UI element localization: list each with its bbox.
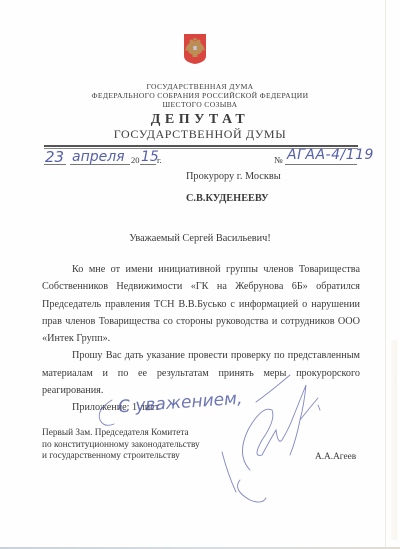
scan-shadow: [391, 340, 397, 540]
addressee-name: С.В.КУДЕНЕЕВУ: [186, 193, 269, 204]
letter-page: ГОСУДАРСТВЕННАЯ ДУМА ФЕДЕРАЛЬНОГО СОБРАН…: [0, 0, 400, 549]
signer-title-line2: по конституционному законодательству: [42, 440, 200, 452]
salutation: Уважаемый Сергей Васильевич!: [0, 233, 400, 244]
signer-title: Первый Зам. Председателя Комитета по кон…: [42, 428, 200, 463]
number-label: №: [274, 155, 283, 165]
body-paragraph-request: Ко мне от имени инициативной группы член…: [42, 261, 360, 347]
signer-title-line3: и государственному строительству: [42, 451, 200, 463]
document-number: АГАА-4/119: [287, 147, 374, 163]
signer-name: А.А.Агеев: [315, 452, 356, 462]
coat-of-arms-russia-icon: [183, 33, 207, 65]
letterhead-title: ДЕПУТАТ: [0, 112, 400, 128]
number-underline: [285, 164, 357, 165]
date-year-abbrev: г.: [157, 155, 162, 165]
signer-title-line1: Первый Зам. Председателя Комитета: [42, 428, 200, 440]
date-year-prefix: 20: [131, 155, 140, 165]
letterhead-subtitle: ГОСУДАРСТВЕННОЙ ДУМЫ: [0, 127, 400, 141]
date-month-underline: [70, 164, 130, 165]
date-day-underline: [44, 164, 66, 165]
letterhead-line3: ШЕСТОГО СОЗЫВА: [0, 100, 400, 110]
date-year-underline: [140, 164, 156, 165]
addressee-position: Прокурору г. Москвы: [186, 171, 281, 182]
date-month: апреля: [72, 149, 125, 165]
